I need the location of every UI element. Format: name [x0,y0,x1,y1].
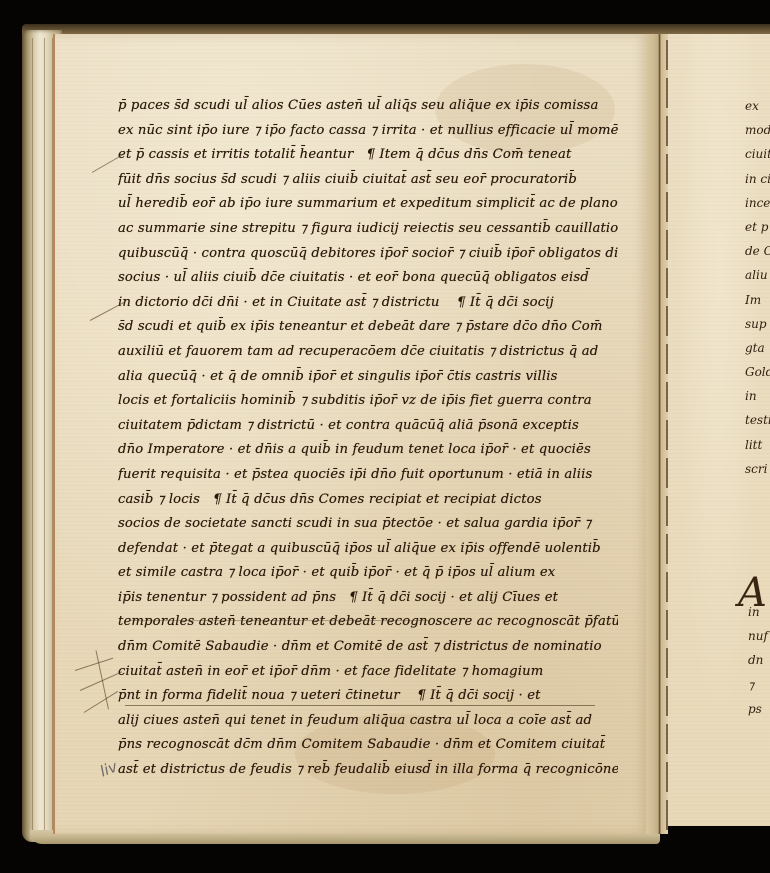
manuscript-text-block: p̄ paces s̄d scudi ul̄ alios Cūes asten̄… [118,94,618,783]
text-line: p̄ paces s̄d scudi ul̄ alios Cūes asten̄… [118,94,618,119]
text-line: socios de societate sancti scudi in sua … [118,512,618,537]
right-text-line: ex [745,94,770,118]
text-line: defendat · et p̄tegat a quibuscūq̄ ip̄os… [118,537,618,562]
right-text-line: scri [745,457,770,481]
paragraph-mark: ¶ It̄ q̄ dc̄i socij · et alij Cīues et [349,590,558,605]
text-line-part: casib̄ ⁊ locis [118,492,200,507]
text-line: ciuitatem p̄dictam ⁊ districtū · et cont… [118,414,618,439]
text-line: ciuitat̄ asten̄ in eor̄ et ip̄or̄ dn̄m ·… [118,660,618,685]
text-line: ex nūc sint ip̄o iure ⁊ ip̄o facto cassa… [118,119,618,144]
text-line: fuerit requisita · et p̄stea quociēs ip̄… [118,463,618,488]
text-line: et p̄ cassis et irritis totalit̄ h̄eantu… [118,143,618,168]
text-line-part: et p̄ cassis et irritis totalit̄ h̄eantu… [118,147,353,162]
text-line: casib̄ ⁊ locis ¶ It̄ q̄ dc̄us dn̄s Comes… [118,488,618,513]
right-page-text-fragment: ex mod ciuita in ci incel et p de C aliu… [745,94,770,481]
text-line-part: ip̄is tenentur ⁊ possident ad p̄ns [118,590,336,605]
ruled-line [125,705,595,706]
text-line: ac summarie sine strepitu ⁊ figura iudic… [118,217,618,242]
page-edge-line [44,38,45,834]
right-text-line: Im [745,288,770,312]
text-line: locis et fortaliciis hominib̄ ⁊ subditis… [118,389,618,414]
book-gutter [646,34,668,834]
right-text-line: nuf [748,624,770,648]
text-line: dn̄o Imperatore · et dn̄is a quib̄ in fe… [118,438,618,463]
text-line: ast̄ et districtus de feudis ⁊ reb̄ feud… [118,758,618,783]
right-page-text-fragment-2: in nuf dn ⁊ ps [748,600,770,721]
text-line: temporales asten̄ teneantur et debeāt re… [118,610,618,635]
right-text-line: ps [748,697,770,721]
text-line-part: in dictorio dc̄i dn̄i · et in Ciuitate a… [118,295,440,310]
right-text-line: in [748,600,770,624]
text-line: et simile castra ⁊ loca ip̄or̄ · et quib… [118,561,618,586]
right-text-line: incel [745,191,770,215]
text-line: auxiliū et fauorem tam ad recuperacōem d… [118,340,618,365]
right-text-line: ⁊ [748,673,770,697]
text-line: s̄d scudi et quib̄ ex ip̄is teneantur et… [118,315,618,340]
text-line: alij ciues asten̄ qui tenet in feudum al… [118,709,618,734]
paragraph-mark: ¶ It̄ q̄ dc̄us dn̄s Comes recipiat et re… [213,492,542,507]
manuscript-photo: p̄ paces s̄d scudi ul̄ alios Cūes asten̄… [0,0,770,873]
right-text-line: et p [745,215,770,239]
right-text-line: sup [745,312,770,336]
text-line: ul̄ heredib̄ eor̄ ab ip̄o iure summarium… [118,192,618,217]
right-text-line: dn [748,648,770,672]
text-line: ip̄is tenentur ⁊ possident ad p̄ns ¶ It̄… [118,586,618,611]
text-line: quibuscūq̄ · contra quoscūq̄ debitores i… [118,242,618,267]
ruled-line [130,620,430,621]
right-text-line: litt [745,433,770,457]
page-edge-line [32,38,33,834]
right-text-line: in ci [745,167,770,191]
right-text-line: gta [745,336,770,360]
right-text-line: Gold [745,360,770,384]
right-text-line: testi [745,408,770,432]
text-line: fūit dn̄s socius s̄d scudi ⁊ aliis ciuib… [118,168,618,193]
text-line: socius · ul̄ aliis ciuib̄ dc̄e ciuitatis… [118,266,618,291]
right-text-line: aliu [745,263,770,287]
right-text-line: ciuita [745,142,770,166]
paragraph-mark: ¶ It̄ q̄ dc̄i socij [457,295,554,310]
text-line: alia quecūq̄ · et q̄ de omnib̄ ip̄or̄ et… [118,365,618,390]
paragraph-mark: ¶ Item q̄ dc̄us dn̄s Com̄ teneat [367,147,572,162]
text-line: p̄ns recognoscāt dc̄m dn̄m Comitem Sabau… [118,733,618,758]
right-text-line: mod [745,118,770,142]
text-line: dn̄m Comitē Sabaudie · dn̄m et Comitē de… [118,635,618,660]
paragraph-mark: ¶ It̄ q̄ dc̄i socij · et [417,688,540,703]
right-text-line: de C [745,239,770,263]
text-line-part: p̄nt in forma fidelit̄ noua ⁊ ueteri c̄t… [118,688,400,703]
right-text-line: in [745,384,770,408]
text-line: in dictorio dc̄i dn̄i · et in Ciuitate a… [118,291,618,316]
